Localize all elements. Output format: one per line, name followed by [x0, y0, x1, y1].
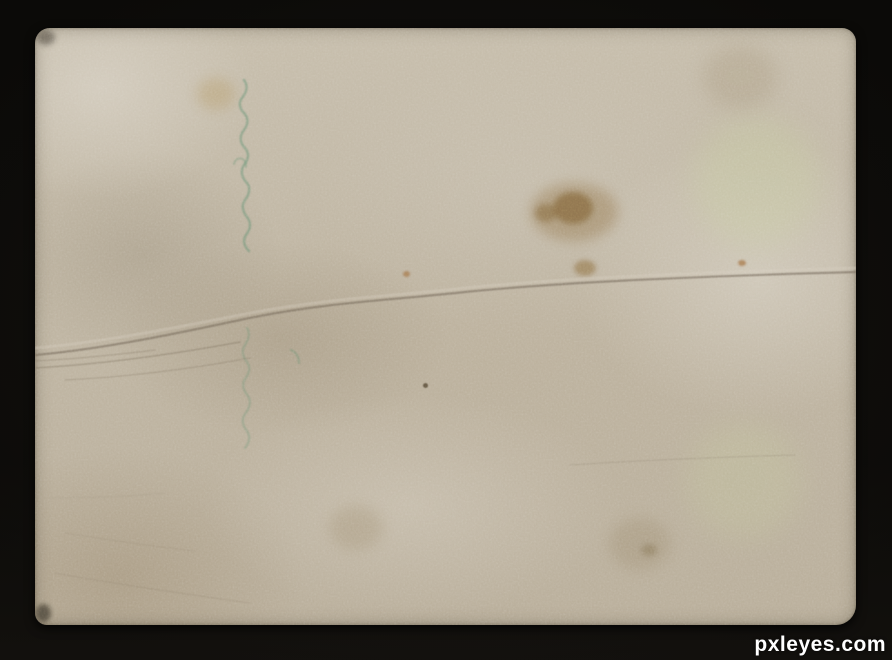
watermark-text: pxleyes.com: [754, 633, 886, 657]
paper-grain-texture: [35, 28, 856, 625]
paper-card: [35, 28, 856, 625]
